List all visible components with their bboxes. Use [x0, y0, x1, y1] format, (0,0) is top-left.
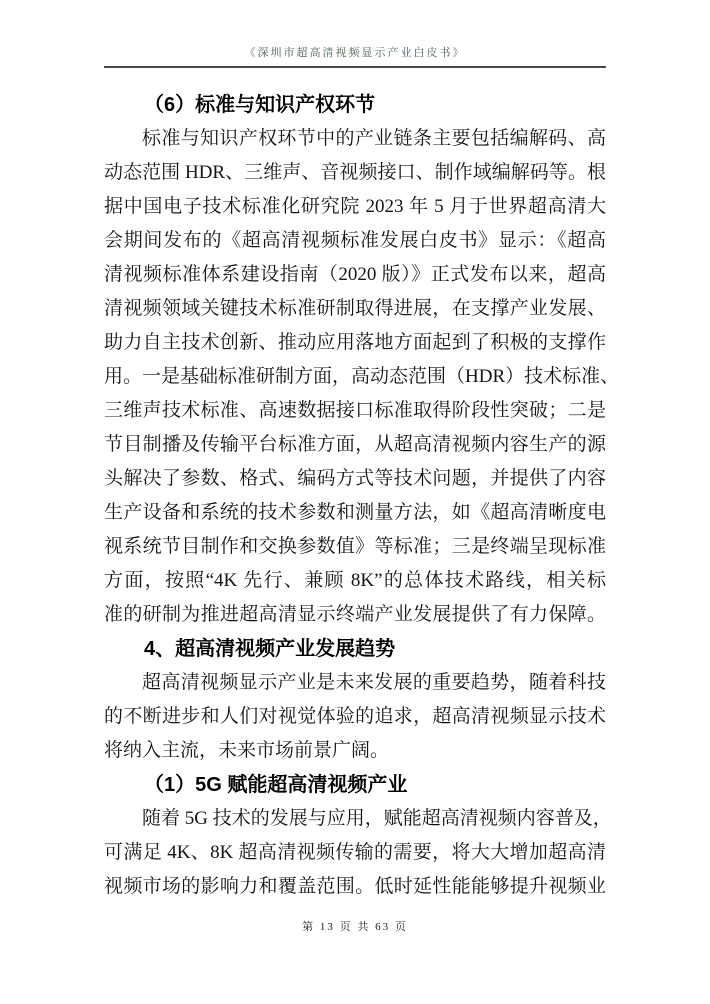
section-heading-standards: （6）标准与知识产权环节: [104, 88, 606, 122]
page-body: （6）标准与知识产权环节 标准与知识产权环节中的产业链条主要包括编解码、高 动态…: [104, 88, 606, 904]
section-heading-5g: （1）5G 赋能超高清视频产业: [104, 768, 606, 802]
paragraph-line: 助力自主技术创新、推动应用落地方面起到了积极的支撑作: [104, 326, 606, 360]
paragraph-line: 三维声技术标准、高速数据接口标准取得阶段性突破；二是: [104, 394, 606, 428]
paragraph-line: 视频市场的影响力和覆盖范围。低时延性能能够提升视频业: [104, 870, 606, 904]
paragraph-line: 准的研制为推进超高清显示终端产业发展提供了有力保障。: [104, 598, 606, 632]
page-header: 《深圳市超高清视频显示产业白皮书》: [104, 44, 606, 60]
paragraph-line: 头解决了参数、格式、编码方式等技术问题，并提供了内容: [104, 462, 606, 496]
paragraph-line: 方面，按照“4K 先行、兼顾 8K”的总体技术路线，相关标: [104, 564, 606, 598]
page-footer: 第 13 页 共 63 页: [0, 918, 710, 934]
paragraph-line: 标准与知识产权环节中的产业链条主要包括编解码、高: [104, 122, 606, 156]
paragraph-line: 随着 5G 技术的发展与应用，赋能超高清视频内容普及，: [104, 802, 606, 836]
document-page: 《深圳市超高清视频显示产业白皮书》 （6）标准与知识产权环节 标准与知识产权环节…: [0, 0, 710, 1004]
paragraph-line: 节目制播及传输平台标准方面，从超高清视频内容生产的源: [104, 428, 606, 462]
paragraph-line: 可满足 4K、8K 超高清视频传输的需要，将大大增加超高清: [104, 836, 606, 870]
header-rule: [104, 66, 606, 68]
paragraph-line: 的不断进步和人们对视觉体验的追求，超高清视频显示技术: [104, 700, 606, 734]
paragraph-line: 会期间发布的《超高清视频标准发展白皮书》显示：《超高: [104, 224, 606, 258]
paragraph-line: 据中国电子技术标准化研究院 2023 年 5 月于世界超高清大: [104, 190, 606, 224]
paragraph-line: 视系统节目制作和交换参数值》等标准；三是终端呈现标准: [104, 530, 606, 564]
page-number: 第 13 页 共 63 页: [302, 921, 408, 933]
section-heading-trends: 4、超高清视频产业发展趋势: [104, 632, 606, 666]
paragraph-line: 用。一是基础标准研制方面，高动态范围（HDR）技术标准、: [104, 360, 606, 394]
paragraph-line: 动态范围 HDR、三维声、音视频接口、制作域编解码等。根: [104, 156, 606, 190]
header-title: 《深圳市超高清视频显示产业白皮书》: [245, 47, 466, 59]
paragraph-line: 生产设备和系统的技术参数和测量方法，如《超高清晰度电: [104, 496, 606, 530]
paragraph-line: 超高清视频显示产业是未来发展的重要趋势，随着科技: [104, 666, 606, 700]
paragraph-line: 清视频标准体系建设指南（2020 版）》正式发布以来，超高: [104, 258, 606, 292]
paragraph-line: 清视频领域关键技术标准研制取得进展，在支撑产业发展、: [104, 292, 606, 326]
paragraph-line: 将纳入主流，未来市场前景广阔。: [104, 734, 606, 768]
